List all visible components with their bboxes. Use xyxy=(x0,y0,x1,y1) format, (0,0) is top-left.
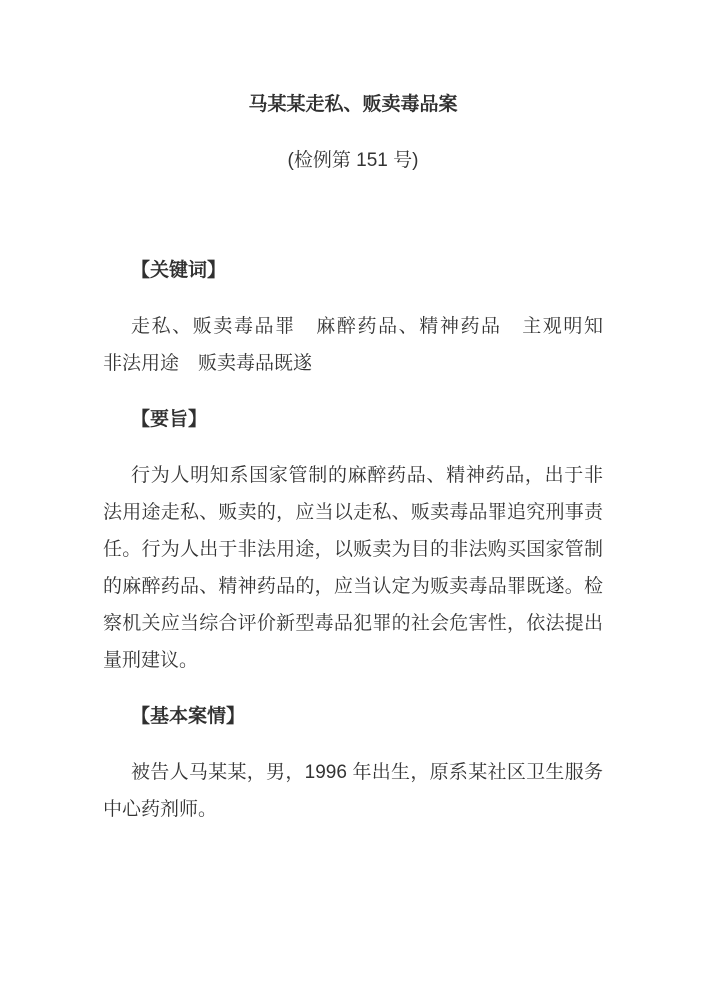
keywords-paragraph: 走私、贩卖毒品罪 麻醉药品、精神药品 主观明知 非法用途 贩卖毒品既遂 xyxy=(103,308,603,382)
gist-paragraph: 行为人明知系国家管制的麻醉药品、精神药品，出于非法用途走私、贩卖的，应当以走私、… xyxy=(103,457,603,679)
case-number: (检例第 151 号) xyxy=(103,142,603,179)
section-heading-basic-facts: 【基本案情】 xyxy=(103,698,603,735)
document-page: 马某某走私、贩卖毒品案 (检例第 151 号) 【关键词】 走私、贩卖毒品罪 麻… xyxy=(0,0,707,999)
basic-facts-paragraph: 被告人马某某，男，1996 年出生，原系某社区卫生服务中心药剂师。 xyxy=(103,754,603,828)
section-keywords: 【关键词】 走私、贩卖毒品罪 麻醉药品、精神药品 主观明知 非法用途 贩卖毒品既… xyxy=(103,252,603,382)
section-basic-facts: 【基本案情】 被告人马某某，男，1996 年出生，原系某社区卫生服务中心药剂师。 xyxy=(103,698,603,828)
section-heading-keywords: 【关键词】 xyxy=(103,252,603,289)
section-heading-gist: 【要旨】 xyxy=(103,401,603,438)
section-gist: 【要旨】 行为人明知系国家管制的麻醉药品、精神药品，出于非法用途走私、贩卖的，应… xyxy=(103,401,603,679)
document-title: 马某某走私、贩卖毒品案 xyxy=(103,86,603,123)
